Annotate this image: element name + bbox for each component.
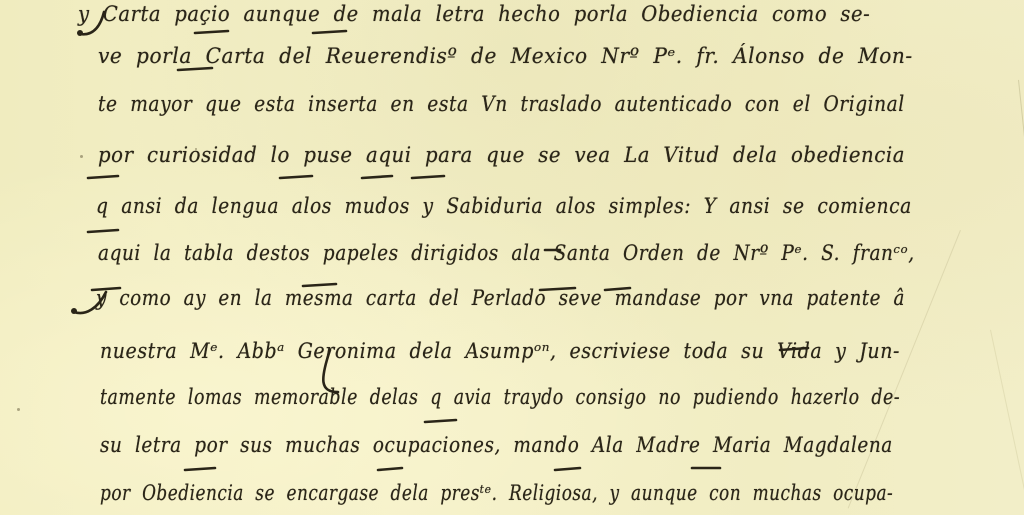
manuscript-text: y Carta paçio aunque de mala letra hecho…	[0, 0, 1024, 515]
manuscript-line-2: ve porla Carta del Reuerendisº de Mexico…	[98, 46, 913, 67]
manuscript-line-6: aqui la tabla destos papeles dirigidos a…	[98, 243, 915, 264]
manuscript-line-5: q ansi da lengua alos mudos y Sabiduria …	[96, 196, 912, 217]
manuscript-line-3: te mayor que esta inserta en esta Vn tra…	[98, 94, 905, 115]
manuscript-line-8: nuestra Mᵉ. Abbᵃ Geronima dela Asumpᵒⁿ, …	[100, 341, 900, 362]
manuscript-line-7: y como ay en la mesma carta del Perlado …	[96, 288, 905, 309]
manuscript-line-4: por curiosidad lo puse aqui para que se …	[98, 145, 905, 166]
manuscript-line-10: su letra por sus muchas ocupaciones, man…	[100, 435, 893, 456]
manuscript-line-9: tamente lomas memorable delas q avia tra…	[100, 387, 900, 408]
manuscript-page: y Carta paçio aunque de mala letra hecho…	[0, 0, 1024, 515]
manuscript-line-11: por Obediencia se encargase dela presᵗᵉ.…	[100, 483, 893, 504]
manuscript-line-1: y Carta paçio aunque de mala letra hecho…	[78, 4, 870, 25]
